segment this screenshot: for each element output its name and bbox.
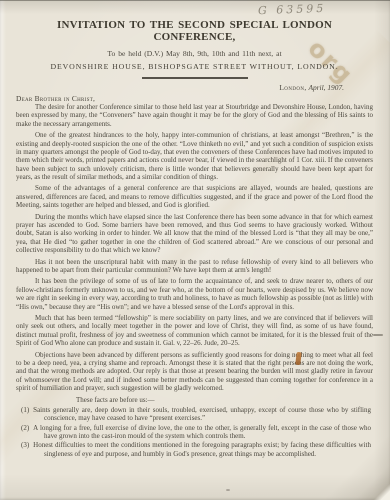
salutation: Dear Brother in Christ, [16,94,373,103]
facts-intro: These facts are before us:— [76,396,373,404]
fact-text: Honest difficulties to meet the conditio… [33,441,371,457]
document-held-line: To be held (D.V.) May 8th, 9th, 10th and… [16,49,373,58]
dateline: London, April, 1907. [16,83,373,92]
divider-rule [142,77,248,79]
pencil-margin-dash [373,334,383,336]
dateline-date: April, 1907. [308,83,344,92]
paragraph-1: The desire for another Conference simila… [16,103,373,128]
pencil-speck [226,489,230,491]
document-content: INVITATION TO THE SECOND SPECIAL LONDON … [0,0,390,458]
fact-item-1: (1)Saints generally are, deep down in th… [44,406,373,423]
paragraph-4: During the months which have elapsed sin… [16,213,373,255]
facts-list: (1)Saints generally are, deep down in th… [16,406,373,458]
fact-text: Saints generally are, deep down in their… [33,406,371,422]
paragraph-8: Objections have been advanced by differe… [16,351,373,393]
document-header: INVITATION TO THE SECOND SPECIAL LONDON … [16,19,373,79]
fact-text: A longing for a free, full exercise of d… [33,424,371,440]
letter-body: The desire for another Conference simila… [16,103,373,392]
paragraph-3: Some of the advantages of a general conf… [16,184,373,209]
fact-item-2: (2)A longing for a free, full exercise o… [44,424,373,441]
paragraph-2: One of the greatest hindrances to the ho… [16,131,373,181]
page-corner-curl [326,436,390,500]
fact-number: (2) [21,424,33,432]
document-venue-line: DEVONSHIRE HOUSE, BISHOPSGATE STREET WIT… [16,62,373,71]
dateline-place: London, [279,83,306,92]
fact-number: (3) [21,441,33,449]
paragraph-5: Has it not been the unscriptural habit w… [16,258,373,275]
pencil-inventory-number: G 63595 [258,2,327,17]
document-title: INVITATION TO THE SECOND SPECIAL LONDON … [16,19,373,43]
paragraph-6: It has been the privilege of some of us … [16,277,373,310]
fact-item-3: (3)Honest difficulties to meet the condi… [44,441,373,458]
fact-number: (1) [21,406,33,414]
paragraph-7: Much that has been termed “fellowship” i… [16,314,373,347]
scanned-page: G 63595 org INVITATION TO THE SECOND SPE… [0,0,390,500]
